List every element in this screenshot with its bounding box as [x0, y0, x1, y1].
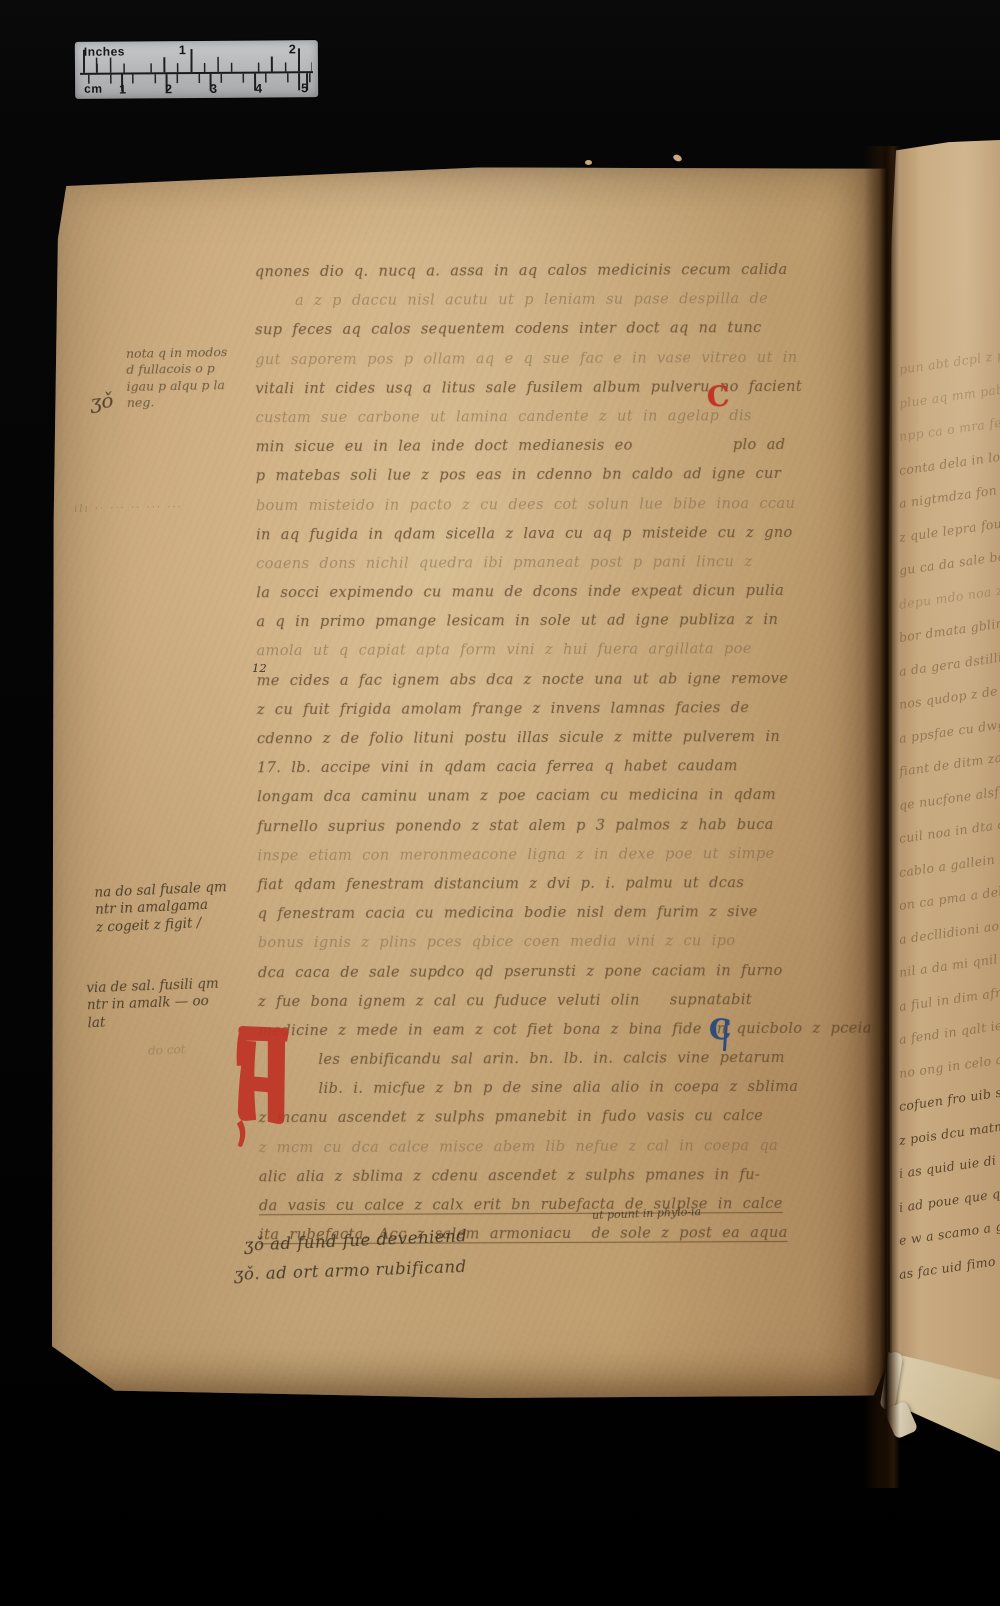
manuscript-line: a z p daccu nisl acutu ut p leniam su pa…: [255, 285, 847, 317]
margin-note-line: igau p alqu p la: [126, 377, 228, 395]
manuscript-line: z fue bona ignem z cal cu fuduce veluti …: [258, 985, 850, 1017]
manuscript-line: qnones dio q. nucq a. assa in aq calos m…: [255, 256, 847, 288]
scale-ruler: Inches cm 12 12345: [75, 40, 318, 99]
manuscript-line: me cides a fac ignem abs dca z nocte una…: [257, 664, 849, 696]
manuscript-line: custam sue carbone ut lamina candente z …: [255, 402, 847, 434]
manuscript-line: fiat qdam fenestram distancium z dvi p. …: [258, 869, 850, 901]
manuscript-line: furnello suprius ponendo z stat alem p 3…: [257, 810, 849, 842]
manuscript-line: vitali int cides usq a litus sale fusile…: [255, 372, 847, 404]
ruler-halfcm-ticks: [83, 73, 312, 84]
manuscript-line: la socci expimendo cu manu de dcons inde…: [256, 577, 848, 609]
manuscript-line: p matebas soli lue z pos eas in cdenno b…: [256, 460, 848, 492]
ruler-cm-number: 5: [301, 81, 308, 95]
ruler-cm-number: 2: [165, 82, 172, 96]
margin-note-line: nota q in modos: [126, 344, 228, 362]
right-page-text: pun abt dcpl z pplue aq mm pabenpp ca o …: [899, 353, 1000, 1291]
main-text-block: qnones dio q. nucq a. assa in aq calos m…: [255, 256, 851, 1251]
margin-note-amalgama-1: na do sal fusale qmntr in amalgamaz coge…: [92, 826, 229, 937]
blue-capitulum-mark: C: [709, 1016, 731, 1044]
initial-A-glyph: [233, 1021, 291, 1153]
manuscript-line: medicine z mede in eam z cot fiet bona z…: [258, 1015, 850, 1047]
manuscript-line: q fenestram cacia cu medicina bodie nisl…: [258, 898, 850, 930]
margin-note-faint: do cot: [148, 1042, 186, 1057]
manuscript-line: sup feces aq calos sequentem codens inte…: [255, 314, 847, 346]
margin-scribble: ılı ·· ··· ·· ··· ···: [74, 502, 183, 515]
manuscript-line: gut saporem pos p ollam aq e q sue fac e…: [255, 343, 847, 375]
margin-note-line: d fullacois o p: [126, 360, 228, 378]
margin-note-top: nota q in modosd fullacois o pigau p alq…: [125, 294, 228, 411]
red-capitulum-mark: C: [706, 382, 730, 411]
margin-note-amalgama-2: via de sal. fusili qmntr in amalk — oola…: [84, 923, 220, 1033]
ruler-cm-number: 4: [255, 82, 262, 96]
manuscript-line: longam dca caminu unam z poe caciam cu m…: [257, 781, 849, 813]
dust-speck: [585, 160, 592, 165]
margin-note-30: ʒǒ: [89, 388, 115, 414]
manuscript-line: z mcanu ascendet z sulphs pmanebit in fu…: [259, 1102, 851, 1134]
ruler-cm-number: 3: [210, 82, 217, 96]
manuscript-line: in aq fugida in qdam sicella z lava cu a…: [256, 518, 848, 550]
ruler-inch-number: 1: [179, 43, 186, 57]
manuscript-line: z mcm cu dca calce misce abem lib nefue …: [259, 1131, 851, 1163]
dust-speck: [672, 153, 683, 162]
manuscript-line: amola ut q capiat apta form vini z hui f…: [256, 635, 848, 667]
blue-capitulum-letter: C: [709, 1013, 731, 1046]
manuscript-photo: Inches cm 12 12345 nota q in modosd full…: [0, 0, 1000, 1606]
manuscript-line: lib. i. micfue z bn p de sine alia alio …: [258, 1073, 850, 1105]
manuscript-line: a q in primo pmange lesicam in sole ut a…: [256, 606, 848, 638]
ruler-cm-number: 1: [119, 82, 126, 96]
manuscript-line: da vasis cu calce z calx erit bn rubefac…: [259, 1190, 851, 1222]
ruler-inch-numbers: 12: [75, 40, 318, 42]
manuscript-line: alic alia z sblima z cdenu ascendet z su…: [259, 1161, 851, 1193]
manuscript-left-page: nota q in modosd fullacois o pigau p alq…: [52, 165, 888, 1398]
bottom-note-2: ʒǒ. ad ort armo rubificand: [234, 1257, 467, 1284]
manuscript-line: min sicue eu in lea inde doct medianesis…: [256, 431, 848, 463]
manuscript-line: z cu fuit frigida amolam frange z invens…: [257, 694, 849, 726]
manuscript-line: bonus ignis z plins pces qbice coen medi…: [258, 927, 850, 959]
manuscript-line: cdenno z de folio lituni postu illas sic…: [257, 723, 849, 755]
manuscript-line: coaens dons nichil quedra ibi pmaneat po…: [256, 548, 848, 580]
ruler-cm-numbers: 12345: [75, 40, 318, 42]
manuscript-right-page-sliver: pun abt dcpl z pplue aq mm pabenpp ca o …: [886, 138, 1000, 1510]
manuscript-line: les enbificandu sal arin. bn. lb. in. ca…: [258, 1044, 850, 1076]
manuscript-line: inspe etiam con meronmeacone ligna z in …: [257, 839, 849, 871]
margin-note-line: neg.: [127, 393, 229, 411]
ruler-inch-number: 2: [289, 42, 296, 56]
manuscript-line: 17. lb. accipe vini in qdam cacia ferrea…: [257, 752, 849, 784]
manuscript-line: boum misteido in pacto z cu dees cot sol…: [256, 489, 848, 521]
manuscript-line: dca caca de sale supdco qd pserunsti z p…: [258, 956, 850, 988]
red-initial-A: A: [233, 1021, 291, 1153]
